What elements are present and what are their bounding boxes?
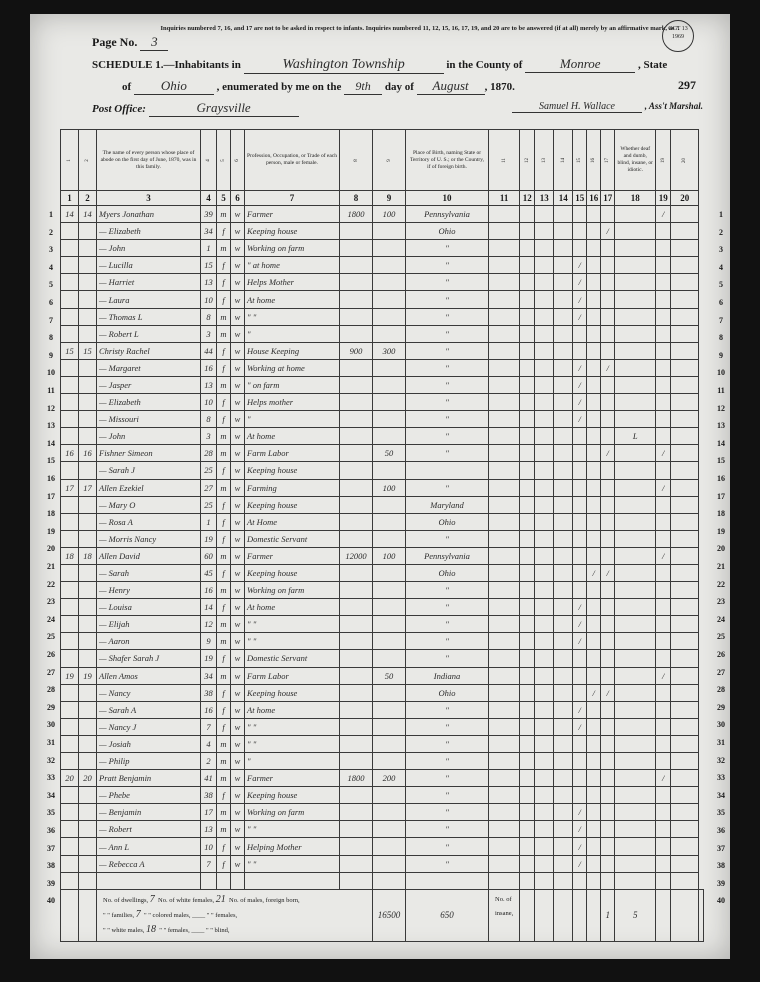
cell-cant-write (601, 770, 615, 787)
cell-birthplace: Ohio (406, 513, 489, 530)
table-row: — Ann L10fwHelping Mother"/ (61, 838, 704, 855)
cell-dwelling (61, 325, 79, 342)
table-row: — Elijah12mw" ""/ (61, 616, 704, 633)
cell-cant-write: / (601, 359, 615, 376)
col-header-family: 2 (79, 130, 97, 191)
col-header-disability: Whether deaf and dumb, blind, insane, or… (615, 130, 656, 191)
cell-occupation: " " (245, 633, 340, 650)
cell-sex: f (217, 394, 231, 411)
cell-color: w (231, 855, 245, 872)
cell-cant-read (587, 479, 601, 496)
cell-cant-write (601, 838, 615, 855)
cell-citizen (656, 787, 671, 804)
cell-school: / (573, 633, 587, 650)
cell-age: 12 (201, 616, 217, 633)
total-real-estate: 16500 (373, 889, 406, 941)
cell-personal-estate (373, 633, 406, 650)
post-office: Graysville (149, 100, 299, 117)
cell-personal-estate (373, 582, 406, 599)
cell-citizen (656, 718, 671, 735)
cell-cant-write (601, 411, 615, 428)
cell-color: w (231, 411, 245, 428)
cell-real-estate (340, 325, 373, 342)
cell-family (79, 411, 97, 428)
instruction-note: Inquiries numbered 7, 16, and 17 are not… (160, 24, 680, 33)
cell-color: w (231, 838, 245, 855)
cell-age: 13 (201, 274, 217, 291)
table-row: 2020Pratt Benjamin41mwFarmer1800200"/ (61, 770, 704, 787)
cell-disability (615, 325, 656, 342)
cell-occupation: " " (245, 308, 340, 325)
cell-family (79, 855, 97, 872)
cell-color: w (231, 274, 245, 291)
cell-occupation: " " (245, 821, 340, 838)
cell-personal-estate (373, 513, 406, 530)
cell-age: 3 (201, 325, 217, 342)
cell-family (79, 274, 97, 291)
cell-personal-estate (373, 787, 406, 804)
cell-personal-estate: 300 (373, 342, 406, 359)
line-number: 10 (44, 368, 58, 377)
cell-dwelling (61, 804, 79, 821)
cell-disability (615, 496, 656, 513)
cell-color: w (231, 667, 245, 684)
month: August (417, 78, 485, 95)
cell-name: — Mary O (97, 496, 201, 513)
line-number: 3 (44, 245, 58, 254)
cell-sex: m (217, 376, 231, 393)
cell-name: — Sarah J (97, 462, 201, 479)
cell-cant-read (587, 718, 601, 735)
cell-real-estate (340, 359, 373, 376)
cell-cant-write (601, 479, 615, 496)
cell-color: w (231, 223, 245, 240)
cell-cant-read (587, 513, 601, 530)
line-number: 7 (714, 316, 728, 325)
cell-dwelling (61, 359, 79, 376)
cell-real-estate (340, 582, 373, 599)
cell-birthplace (406, 462, 489, 479)
cell-disability (615, 718, 656, 735)
cell-age: 44 (201, 342, 217, 359)
cell-occupation: Farm Labor (245, 445, 340, 462)
col-header-citizen: 19 (656, 130, 671, 191)
cell-real-estate (340, 787, 373, 804)
cell-disability (615, 342, 656, 359)
cell-name: — Robert L (97, 325, 201, 342)
cell-occupation: Helps mother (245, 394, 340, 411)
cell-birthplace: " (406, 735, 489, 752)
cell-cant-write (601, 376, 615, 393)
line-number: 2 (44, 228, 58, 237)
cell-cant-read (587, 616, 601, 633)
line-number: 12 (714, 404, 728, 413)
cell-cant-read (587, 359, 601, 376)
cell-family (79, 582, 97, 599)
cell-cant-write: / (601, 564, 615, 581)
cell-occupation: " " (245, 735, 340, 752)
cell-school: / (573, 359, 587, 376)
cell-real-estate (340, 701, 373, 718)
cell-cant-write (601, 496, 615, 513)
cell-age: 45 (201, 564, 217, 581)
cell-birthplace: Maryland (406, 496, 489, 513)
cell-cant-write (601, 308, 615, 325)
cell-personal-estate (373, 308, 406, 325)
cell-school: / (573, 376, 587, 393)
cell-name: — Margaret (97, 359, 201, 376)
cell-school: / (573, 701, 587, 718)
cell-name: — Aaron (97, 633, 201, 650)
cell-birthplace: " (406, 838, 489, 855)
cell-birthplace: " (406, 650, 489, 667)
cell-name: — John (97, 428, 201, 445)
cell-occupation: Keeping house (245, 564, 340, 581)
line-number: 37 (714, 844, 728, 853)
cell-citizen (656, 394, 671, 411)
cell-occupation: Domestic Servant (245, 650, 340, 667)
cell-birthplace: " (406, 257, 489, 274)
cell-name: — Sarah A (97, 701, 201, 718)
cell-birthplace: " (406, 445, 489, 462)
line-number: 8 (44, 333, 58, 342)
cell-disability (615, 804, 656, 821)
cell-family (79, 530, 97, 547)
cell-dwelling (61, 530, 79, 547)
cell-sex: m (217, 582, 231, 599)
cell-dwelling (61, 718, 79, 735)
cell-cant-read (587, 735, 601, 752)
cell-occupation: Working on farm (245, 240, 340, 257)
cell-age: 25 (201, 462, 217, 479)
cell-school (573, 564, 587, 581)
cell-sex: f (217, 855, 231, 872)
sheet-number: 297 (678, 78, 696, 93)
line-number: 16 (714, 474, 728, 483)
cell-birthplace: Ohio (406, 223, 489, 240)
cell-occupation: " at home (245, 257, 340, 274)
cell-name: — Robert (97, 821, 201, 838)
col-header-cant-write: 17 (601, 130, 615, 191)
cell-dwelling (61, 787, 79, 804)
cell-sex: f (217, 274, 231, 291)
cell-age: 15 (201, 257, 217, 274)
line-number: 16 (44, 474, 58, 483)
cell-citizen (656, 359, 671, 376)
cell-cant-read (587, 376, 601, 393)
cell-age: 8 (201, 411, 217, 428)
cell-name: — Lucilla (97, 257, 201, 274)
cell-cant-write: / (601, 445, 615, 462)
cell-disability (615, 872, 656, 889)
cell-citizen (656, 753, 671, 770)
cell-disability: L (615, 428, 656, 445)
cell-disability (615, 735, 656, 752)
cell-occupation: Keeping house (245, 462, 340, 479)
cell-citizen (656, 804, 671, 821)
cell-cant-write: / (601, 223, 615, 240)
table-row: — John1mwWorking on farm" (61, 240, 704, 257)
table-row: — Benjamin17mwWorking on farm"/ (61, 804, 704, 821)
cell-age: 16 (201, 582, 217, 599)
cell-dwelling (61, 633, 79, 650)
cell-occupation: Farmer (245, 206, 340, 223)
line-number: 25 (44, 632, 58, 641)
col-header-mother-foreign: 12 (520, 130, 535, 191)
cell-name (97, 872, 201, 889)
cell-personal-estate (373, 855, 406, 872)
cell-family (79, 291, 97, 308)
cell-sex: m (217, 445, 231, 462)
cell-age: 1 (201, 240, 217, 257)
cell-personal-estate (373, 428, 406, 445)
cell-cant-write (601, 821, 615, 838)
table-row: — Sarah J25fwKeeping house (61, 462, 704, 479)
cell-name: — Ann L (97, 838, 201, 855)
cell-personal-estate (373, 872, 406, 889)
cell-citizen: / (656, 667, 671, 684)
line-number: 27 (714, 668, 728, 677)
cell-birthplace: " (406, 770, 489, 787)
cell-personal-estate (373, 616, 406, 633)
cell-age: 13 (201, 376, 217, 393)
cell-name: — Rebecca A (97, 855, 201, 872)
cell-family (79, 462, 97, 479)
cell-birthplace: " (406, 821, 489, 838)
cell-birthplace: " (406, 274, 489, 291)
cell-disability (615, 359, 656, 376)
cell-disability (615, 582, 656, 599)
cell-age: 13 (201, 821, 217, 838)
cell-personal-estate: 50 (373, 445, 406, 462)
cell-disability (615, 376, 656, 393)
cell-cant-write (601, 513, 615, 530)
cell-sex: m (217, 240, 231, 257)
cell-dwelling (61, 701, 79, 718)
cell-personal-estate: 100 (373, 479, 406, 496)
cell-real-estate (340, 684, 373, 701)
line-number: 31 (44, 738, 58, 747)
cell-age: 3 (201, 428, 217, 445)
line-number: 37 (44, 844, 58, 853)
cell-occupation: At Home (245, 513, 340, 530)
cell-real-estate: 1800 (340, 770, 373, 787)
col-header-color: 6 (231, 130, 245, 191)
cell-sex: m (217, 479, 231, 496)
cell-cant-read (587, 821, 601, 838)
cell-sex: f (217, 650, 231, 667)
cell-birthplace: Pennsylvania (406, 206, 489, 223)
col-header-real-estate: 8 (340, 130, 373, 191)
cell-occupation: Farm Labor (245, 667, 340, 684)
cell-name: — Phebe (97, 787, 201, 804)
cell-real-estate (340, 616, 373, 633)
cell-age: 8 (201, 308, 217, 325)
cell-real-estate (340, 240, 373, 257)
cell-school: / (573, 855, 587, 872)
cell-cant-write (601, 428, 615, 445)
cell-dwelling (61, 274, 79, 291)
column-headers: 1 2 The name of every person whose place… (61, 130, 704, 191)
cell-cant-write (601, 530, 615, 547)
line-number: 30 (714, 720, 728, 729)
cell-personal-estate (373, 274, 406, 291)
cell-sex: m (217, 821, 231, 838)
line-number: 40 (44, 896, 58, 905)
cell-family (79, 308, 97, 325)
schedule-line: SCHEDULE 1.—Inhabitants in Washington To… (92, 56, 667, 74)
col-header-occupation: Profession, Occupation, or Trade of each… (245, 130, 340, 191)
col-header-personal-estate: 9 (373, 130, 406, 191)
cell-sex: m (217, 735, 231, 752)
cell-dwelling (61, 308, 79, 325)
cell-dwelling (61, 582, 79, 599)
cell-citizen (656, 872, 671, 889)
cell-occupation: At home (245, 291, 340, 308)
cell-personal-estate (373, 564, 406, 581)
cell-disability (615, 274, 656, 291)
cell-occupation: Farmer (245, 770, 340, 787)
cell-cant-read (587, 394, 601, 411)
cell-family (79, 428, 97, 445)
cell-birthplace: Ohio (406, 684, 489, 701)
cell-personal-estate (373, 530, 406, 547)
cell-school: / (573, 718, 587, 735)
cell-citizen (656, 616, 671, 633)
cell-cant-write (601, 257, 615, 274)
cell-age: 9 (201, 633, 217, 650)
cell-dwelling: 17 (61, 479, 79, 496)
cell-dwelling (61, 411, 79, 428)
cell-school (573, 223, 587, 240)
cell-school (573, 513, 587, 530)
cell-name: — Sarah (97, 564, 201, 581)
cell-disability (615, 753, 656, 770)
cell-school (573, 770, 587, 787)
line-number: 26 (714, 650, 728, 659)
enumeration-line: of Ohio , enumerated by me on the 9th da… (122, 78, 515, 95)
cell-occupation: At home (245, 599, 340, 616)
cell-name: Christy Rachel (97, 342, 201, 359)
cell-personal-estate (373, 718, 406, 735)
cell-birthplace: " (406, 342, 489, 359)
cell-occupation: " (245, 325, 340, 342)
cell-name: — Louisa (97, 599, 201, 616)
cell-real-estate (340, 394, 373, 411)
cell-cant-read (587, 325, 601, 342)
cell-disability (615, 684, 656, 701)
cell-cant-read (587, 701, 601, 718)
cell-occupation: " on farm (245, 376, 340, 393)
cell-cant-write (601, 274, 615, 291)
marshal-name: Samuel H. Wallace (512, 101, 642, 113)
line-number: 21 (44, 562, 58, 571)
line-number: 38 (44, 861, 58, 870)
census-table: 1 2 The name of every person whose place… (60, 129, 704, 942)
table-row: — Mary O25fwKeeping houseMaryland (61, 496, 704, 513)
cell-cant-write (601, 394, 615, 411)
cell-citizen (656, 223, 671, 240)
table-row: — Phebe38fwKeeping house" (61, 787, 704, 804)
cell-name: — Philip (97, 753, 201, 770)
line-number: 21 (714, 562, 728, 571)
cell-dwelling (61, 496, 79, 513)
cell-family (79, 753, 97, 770)
line-number: 23 (714, 597, 728, 606)
cell-cant-read (587, 855, 601, 872)
cell-occupation: At home (245, 428, 340, 445)
cell-age: 28 (201, 445, 217, 462)
cell-color: w (231, 787, 245, 804)
line-number: 17 (714, 492, 728, 501)
cell-cant-read (587, 753, 601, 770)
cell-color: w (231, 428, 245, 445)
cell-disability (615, 206, 656, 223)
table-row: — Rebecca A7fw" ""/ (61, 855, 704, 872)
cell-color: w (231, 308, 245, 325)
col-header-born-year: 13 (535, 130, 554, 191)
cell-occupation: Working at home (245, 359, 340, 376)
cell-name: — Shafer Sarah J (97, 650, 201, 667)
cell-real-estate (340, 445, 373, 462)
cell-disability (615, 787, 656, 804)
cell-cant-write (601, 633, 615, 650)
cell-real-estate (340, 513, 373, 530)
cell-school (573, 240, 587, 257)
cell-family: 14 (79, 206, 97, 223)
cell-occupation (245, 872, 340, 889)
cell-citizen (656, 342, 671, 359)
cell-school (573, 547, 587, 564)
cell-color: w (231, 599, 245, 616)
cell-cant-write (601, 240, 615, 257)
cell-birthplace: Pennsylvania (406, 547, 489, 564)
cell-personal-estate (373, 838, 406, 855)
page-number: Page No. 3 (92, 34, 168, 51)
cell-real-estate (340, 428, 373, 445)
cell-family (79, 223, 97, 240)
cell-color: w (231, 530, 245, 547)
cell-personal-estate (373, 701, 406, 718)
cell-disability (615, 616, 656, 633)
cell-dwelling (61, 564, 79, 581)
cell-real-estate (340, 308, 373, 325)
cell-sex: f (217, 291, 231, 308)
cell-cant-write (601, 291, 615, 308)
cell-birthplace: " (406, 633, 489, 650)
cell-cant-read (587, 428, 601, 445)
cell-color: w (231, 804, 245, 821)
cell-disability (615, 599, 656, 616)
cell-dwelling (61, 257, 79, 274)
totals-summary: No. of dwellings, 7 No. of white females… (97, 889, 373, 941)
line-number: 28 (714, 685, 728, 694)
totals-row: No. of dwellings, 7 No. of white females… (61, 889, 704, 941)
table-row: — Nancy J7fw" ""/ (61, 718, 704, 735)
cell-school: / (573, 838, 587, 855)
cell-cant-write (601, 547, 615, 564)
cell-family (79, 240, 97, 257)
col-header-cant-read: 16 (587, 130, 601, 191)
cell-family (79, 633, 97, 650)
county: Monroe (525, 56, 635, 73)
cell-real-estate (340, 753, 373, 770)
cell-birthplace: " (406, 291, 489, 308)
cell-sex: f (217, 496, 231, 513)
line-number: 20 (714, 544, 728, 553)
line-number: 39 (44, 879, 58, 888)
table-row: — Shafer Sarah J19fwDomestic Servant" (61, 650, 704, 667)
